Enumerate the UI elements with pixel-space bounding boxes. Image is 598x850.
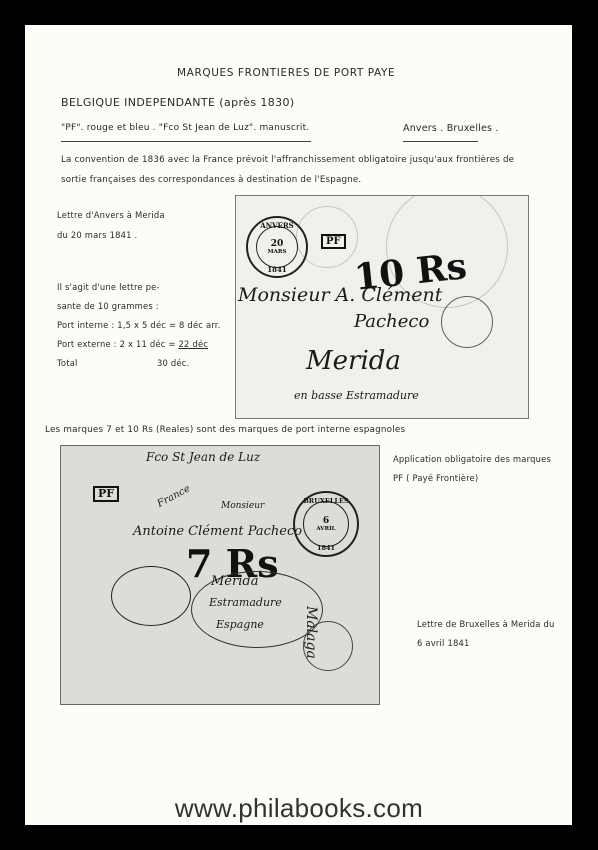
address-country: Espagne <box>216 618 264 631</box>
address-region: Estramadure <box>209 596 282 609</box>
address-salutation: Monsieur <box>221 501 264 511</box>
address-city: Merida <box>306 346 401 376</box>
note-line: Port interne : 1,5 x 5 déc = 8 déc arr. <box>57 316 221 335</box>
pf-box-stamp: PF <box>93 486 119 502</box>
caption-line: Lettre d'Anvers à Merida <box>57 205 165 225</box>
address-region: en basse Estramadure <box>294 389 419 402</box>
transit-postmark <box>441 296 493 348</box>
album-page: MARQUES FRONTIERES DE PORT PAYE BELGIQUE… <box>25 25 572 825</box>
note-line: PF ( Payé Frontière) <box>393 469 551 488</box>
transit-postmark <box>303 621 353 671</box>
caption-line: du 20 mars 1841 . <box>57 225 165 245</box>
port-externe-value: 22 déc <box>179 339 209 349</box>
website-link[interactable]: www.philabooks.com <box>0 793 598 824</box>
bruxelles-postmark: BRUXELLES 6 AVRIL 1841 <box>293 491 359 557</box>
divider <box>403 141 478 142</box>
manuscript-france: France <box>156 483 193 509</box>
page-subtitle: BELGIQUE INDEPENDANTE (après 1830) <box>61 96 295 109</box>
total-value: 30 déc. <box>157 354 189 373</box>
caption-line: 6 avril 1841 <box>417 634 555 653</box>
address-name: Antoine Clément Pacheco <box>133 524 302 539</box>
manuscript-fco-st-jean-de-luz: Fco St Jean de Luz <box>146 450 260 464</box>
reales-note: Les marques 7 et 10 Rs (Reales) sont des… <box>45 425 405 435</box>
convention-text-line1: La convention de 1836 avec la France pré… <box>61 155 514 165</box>
marks-description: "PF". rouge et bleu . "Fco St Jean de Lu… <box>61 123 309 133</box>
address-name: Pacheco <box>354 311 429 332</box>
letter1-caption: Lettre d'Anvers à Merida du 20 mars 1841… <box>57 205 165 245</box>
address-city: Merida <box>211 574 258 589</box>
convention-text-line2: sortie françaises des correspondances à … <box>61 175 361 185</box>
crossed-oval-mark <box>111 566 191 626</box>
weight-note: Il s'agit d'une lettre pe- sante de 10 g… <box>57 278 221 373</box>
anvers-postmark: ANVERS 20 MARS 1841 <box>246 216 308 278</box>
total-line: Total 30 déc. <box>57 354 207 373</box>
route-label: Anvers . Bruxelles . <box>403 123 499 134</box>
note-line: Il s'agit d'une lettre pe- <box>57 278 221 297</box>
address-salutation: Monsieur A. Clément <box>238 284 442 306</box>
note-line: sante de 10 grammes : <box>57 297 221 316</box>
pf-note: Application obligatoire des marques PF (… <box>393 450 551 488</box>
letter-anvers-merida: ANVERS 20 MARS 1841 PF 10 Rs Monsieur A.… <box>235 195 529 419</box>
note-line: Port externe : 2 x 11 déc = 22 déc <box>57 335 221 354</box>
letter2-caption: Lettre de Bruxelles à Merida du 6 avril … <box>417 615 555 653</box>
note-line: Application obligatoire des marques <box>393 450 551 469</box>
pf-box-stamp: PF <box>321 234 346 249</box>
letter-bruxelles-merida: Fco St Jean de Luz France PF Monsieur An… <box>60 445 380 705</box>
divider <box>61 141 311 142</box>
caption-line: Lettre de Bruxelles à Merida du <box>417 615 555 634</box>
page-title: MARQUES FRONTIERES DE PORT PAYE <box>177 67 395 79</box>
